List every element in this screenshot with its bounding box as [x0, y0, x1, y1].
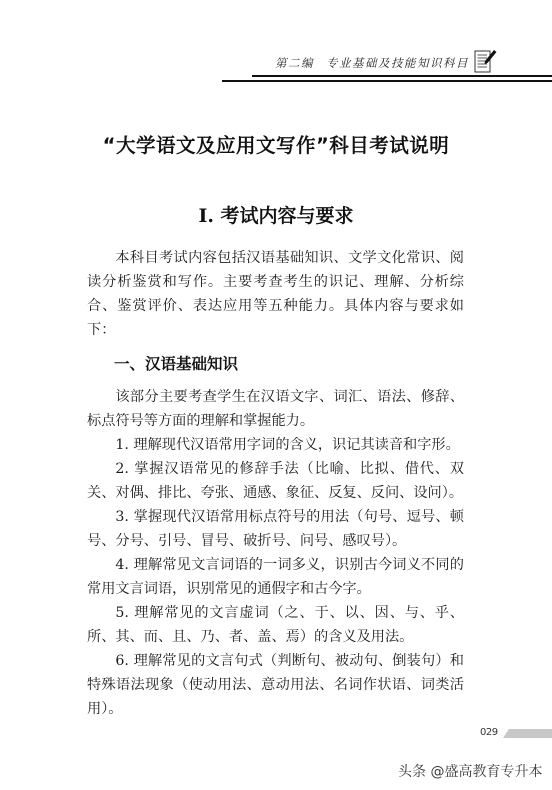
list-item: 3. 掌握现代汉语常用标点符号的用法（句号、逗号、顿号、分号、引号、冒号、破折号… [87, 505, 464, 553]
running-head-text: 第二编专业基础及技能知识科目 [275, 55, 469, 71]
list-item: 5. 理解常见的文言虚词（之、于、以、因、与、乎、所、其、而、且、乃、者、盖、焉… [87, 601, 464, 649]
page-title: “大学语文及应用文写作”科目考试说明 [0, 130, 552, 158]
list-item: 2. 掌握汉语常见的修辞手法（比喻、比拟、借代、双关、对偶、排比、夸张、通感、象… [87, 457, 464, 505]
running-head-section: 专业基础及技能知识科目 [326, 56, 469, 70]
list-item: 6. 理解常见的文言句式（判断句、被动句、倒装句）和特殊语法现象（使动用法、意动… [87, 649, 464, 721]
running-head-part: 第二编 [275, 56, 314, 70]
body-content: 本科目考试内容包括汉语基础知识、文学文化常识、阅读分析鉴赏和写作。主要考查考生的… [87, 246, 464, 721]
intro-paragraph: 本科目考试内容包括汉语基础知识、文学文化常识、阅读分析鉴赏和写作。主要考查考生的… [87, 246, 464, 342]
section-subtitle: Ⅰ. 考试内容与要求 [0, 201, 552, 228]
header-rule-top [252, 75, 552, 77]
header-rule-bottom [222, 80, 552, 82]
page-number: 029 [480, 727, 498, 738]
running-head: 第二编专业基础及技能知识科目 [0, 46, 552, 86]
section-intro: 该部分主要考查学生在汉语文字、词汇、语法、修辞、标点符号等方面的理解和掌握能力。 [87, 385, 464, 433]
page-number-bar [503, 729, 552, 738]
document-pen-icon [474, 48, 498, 74]
section-heading: 一、汉语基础知识 [87, 352, 464, 376]
list-item: 4. 理解常见文言词语的一词多义，识别古今词义不同的常用文言词语，识别常见的通假… [87, 553, 464, 601]
list-item: 1. 理解现代汉语常用字词的含义，识记其读音和字形。 [87, 433, 464, 457]
watermark: 头条 @盛高教育专升本 [398, 761, 542, 781]
